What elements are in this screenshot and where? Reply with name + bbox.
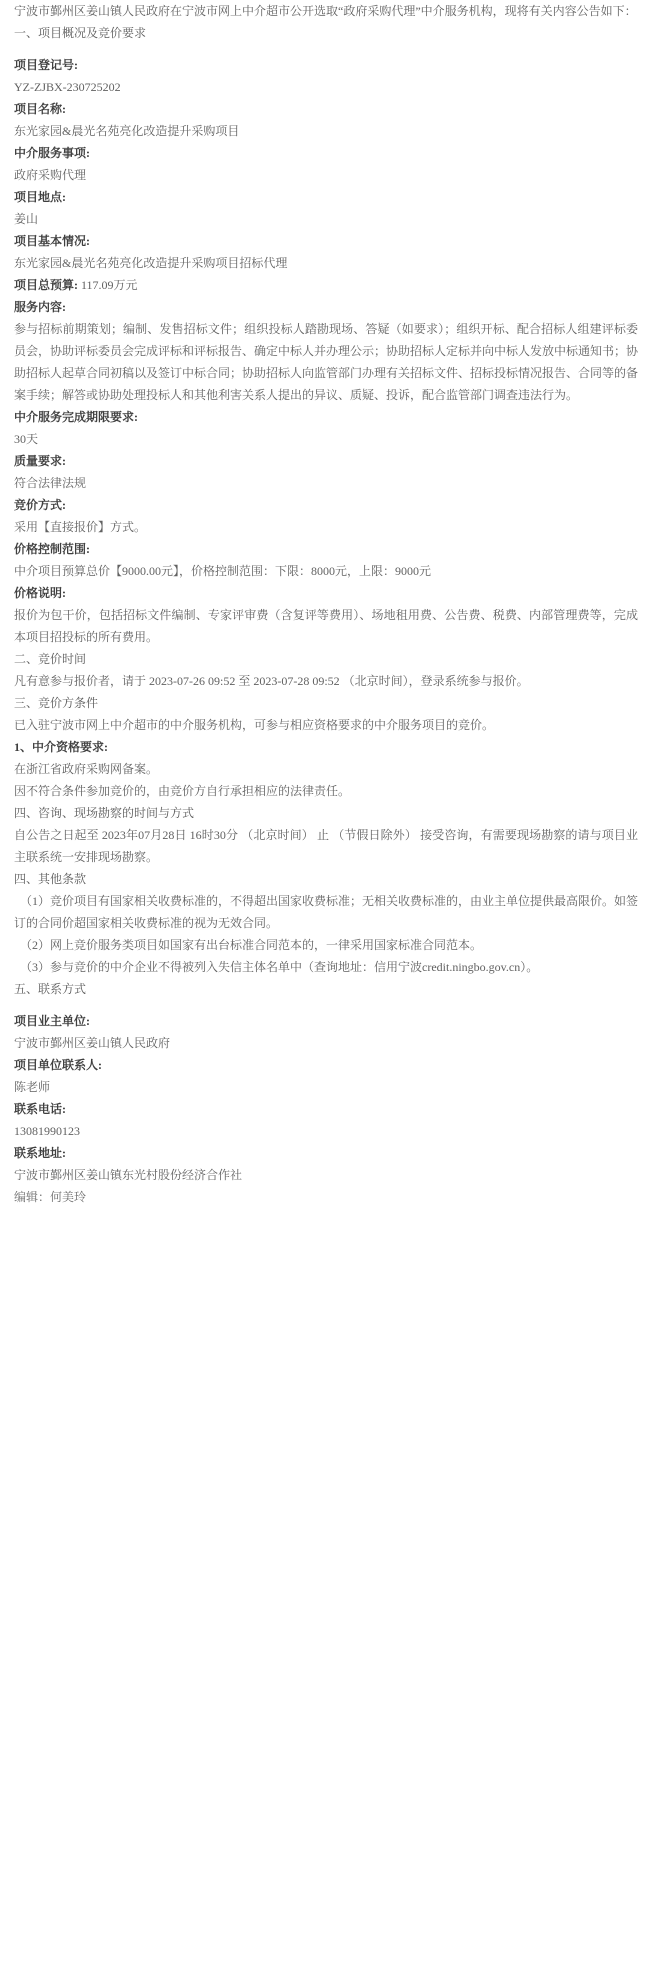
paragraph: 凡有意参与报价者，请于 2023-07-26 09:52 至 2023-07-2…: [14, 670, 638, 692]
section-heading: 四、其他条款: [14, 868, 638, 890]
field-label-with-value: 项目总预算: 117.09万元: [14, 274, 638, 296]
section-heading: 二、竞价时间: [14, 648, 638, 670]
field-value: 政府采购代理: [14, 164, 638, 186]
field-label: 项目基本情况:: [14, 230, 638, 252]
announcement-page: { "page": { "background": "#ffffff", "bo…: [0, 0, 652, 1963]
field-value: 宁波市鄞州区姜山镇东光村股份经济合作社: [14, 1164, 638, 1186]
field-label: 项目名称:: [14, 98, 638, 120]
field-value: 117.09万元: [78, 278, 138, 292]
field-label: 项目业主单位:: [14, 1010, 638, 1032]
paragraph: 因不符合条件参加竞价的，由竞价方自行承担相应的法律责任。: [14, 780, 638, 802]
field-value: 宁波市鄞州区姜山镇人民政府: [14, 1032, 638, 1054]
field-value: 中介项目预算总价【9000.00元】，价格控制范围：下限：8000元，上限：90…: [14, 560, 638, 582]
field-value: 符合法律法规: [14, 472, 638, 494]
section-heading: 四、咨询、现场勘察的时间与方式: [14, 802, 638, 824]
field-value: 30天: [14, 428, 638, 450]
paragraph: （2）网上竞价服务类项目如国家有出台标准合同范本的，一律采用国家标准合同范本。: [14, 934, 638, 956]
field-value: YZ-ZJBX-230725202: [14, 76, 638, 98]
field-label: 价格说明:: [14, 582, 638, 604]
field-label: 质量要求:: [14, 450, 638, 472]
field-value: 东光家园&晨光名苑亮化改造提升采购项目: [14, 120, 638, 142]
editor-credit: 编辑：何美玲: [14, 1186, 638, 1208]
field-label: 中介服务事项:: [14, 142, 638, 164]
field-value: 13081990123: [14, 1120, 638, 1142]
paragraph: （1）竞价项目有国家相关收费标准的，不得超出国家收费标准；无相关收费标准的，由业…: [14, 890, 638, 934]
field-label: 联系地址:: [14, 1142, 638, 1164]
section-heading: 三、竞价方条件: [14, 692, 638, 714]
field-label: 项目单位联系人:: [14, 1054, 638, 1076]
document-rows: 宁波市鄞州区姜山镇人民政府在宁波市网上中介超市公开选取“政府采购代理”中介服务机…: [14, 0, 638, 1186]
paragraph: 自公告之日起至 2023年07月28日 16时30分 （北京时间） 止 （节假日…: [14, 824, 638, 868]
field-label: 1、中介资格要求:: [14, 736, 638, 758]
field-label: 竞价方式:: [14, 494, 638, 516]
paragraph: 已入驻宁波市网上中介超市的中介服务机构，可参与相应资格要求的中介服务项目的竞价。: [14, 714, 638, 736]
field-value: 东光家园&晨光名苑亮化改造提升采购项目招标代理: [14, 252, 638, 274]
announcement-document: 宁波市鄞州区姜山镇人民政府在宁波市网上中介超市公开选取“政府采购代理”中介服务机…: [0, 0, 652, 1208]
paragraph: 宁波市鄞州区姜山镇人民政府在宁波市网上中介超市公开选取“政府采购代理”中介服务机…: [14, 0, 638, 22]
paragraph: （3）参与竞价的中介企业不得被列入失信主体名单中（查询地址：信用宁波credit…: [14, 956, 638, 978]
field-label: 项目登记号:: [14, 54, 638, 76]
field-label: 联系电话:: [14, 1098, 638, 1120]
field-label: 项目总预算:: [14, 278, 78, 292]
field-label: 项目地点:: [14, 186, 638, 208]
field-value: 采用【直接报价】方式。: [14, 516, 638, 538]
field-value: 报价为包干价，包括招标文件编制、专家评审费（含复评等费用）、场地租用费、公告费、…: [14, 604, 638, 648]
field-label: 服务内容:: [14, 296, 638, 318]
field-label: 中介服务完成期限要求:: [14, 406, 638, 428]
field-value: 在浙江省政府采购网备案。: [14, 758, 638, 780]
section-heading: 五、联系方式: [14, 978, 638, 1000]
field-label: 价格控制范围:: [14, 538, 638, 560]
field-value: 陈老师: [14, 1076, 638, 1098]
field-value: 姜山: [14, 208, 638, 230]
section-heading: 一、项目概况及竞价要求: [14, 22, 638, 44]
field-value: 参与招标前期策划；编制、发售招标文件；组织投标人踏勘现场、答疑（如要求）；组织开…: [14, 318, 638, 406]
